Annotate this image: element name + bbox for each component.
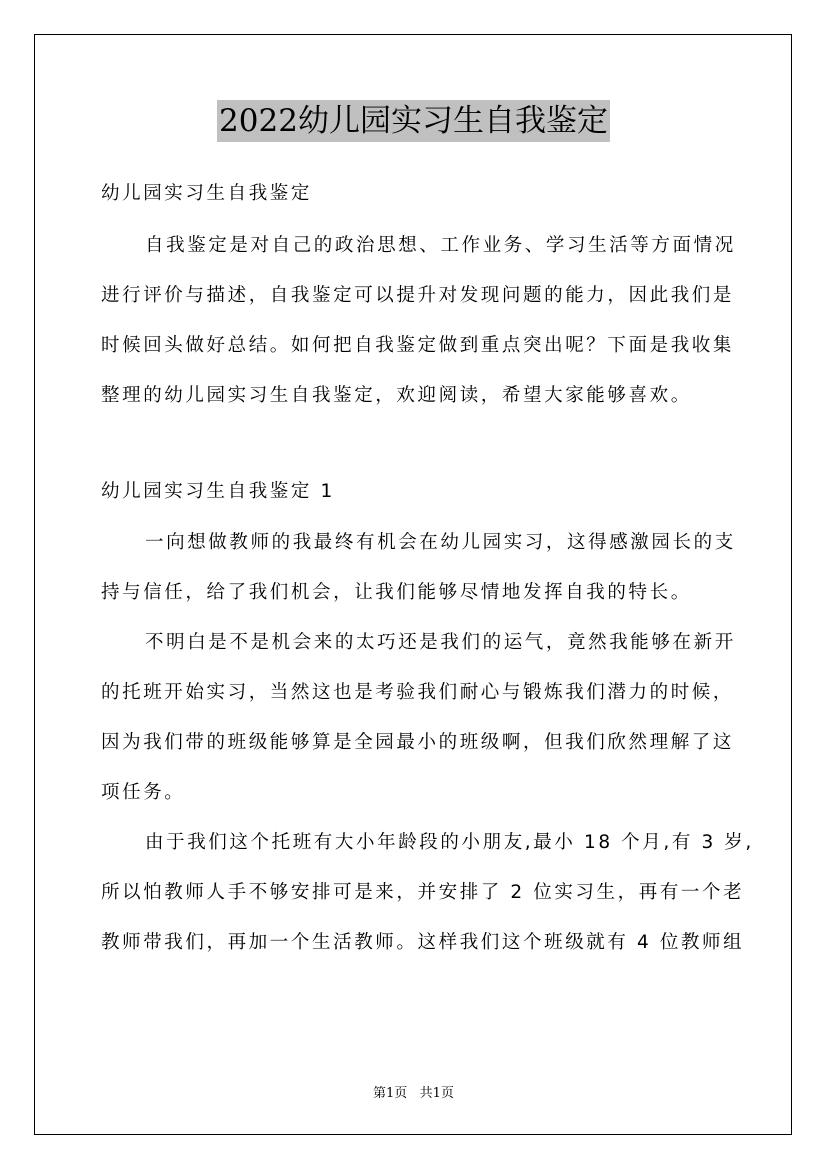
document-title: 2022幼儿园实习生自我鉴定: [217, 100, 610, 142]
intro-paragraph: 自我鉴定是对自己的政治思想、工作业务、学习生活等方面情况 进行评价与描述，自我鉴…: [101, 229, 729, 413]
page-footer: 第1页 共1页: [0, 1082, 827, 1101]
text-line: 因为我们带的班级能够算是全园最小的班级啊，但我们欣然理解了这: [101, 726, 729, 760]
paragraph-1: 一向想做教师的我最终有机会在幼儿园实习，这得感激园长的支 持与信任，给了我们机会…: [101, 526, 729, 610]
text-line: 教师带我们，再加一个生活教师。这样我们这个班级就有 4 位教师组: [101, 926, 729, 960]
section-heading: 幼儿园实习生自我鉴定 1: [101, 475, 729, 509]
text-line: 时候回头做好总结。如何把自我鉴定做到重点突出呢？下面是我收集: [101, 329, 729, 363]
text-line: 由于我们这个托班有大小年龄段的小朋友,最小 18 个月,有 3 岁,: [101, 826, 729, 860]
paragraph-3: 由于我们这个托班有大小年龄段的小朋友,最小 18 个月,有 3 岁, 所以怕教师…: [101, 826, 729, 960]
text-line: 不明白是不是机会来的太巧还是我们的运气，竟然我能够在新开: [101, 626, 729, 660]
document-body: 幼儿园实习生自我鉴定 自我鉴定是对自己的政治思想、工作业务、学习生活等方面情况 …: [101, 177, 729, 960]
text-line: 所以怕教师人手不够安排可是来，并安排了 2 位实习生，再有一个老: [101, 876, 729, 910]
title-container: 2022幼儿园实习生自我鉴定: [0, 100, 827, 142]
paragraph-2: 不明白是不是机会来的太巧还是我们的运气，竟然我能够在新开 的托班开始实习，当然这…: [101, 626, 729, 810]
text-line: 持与信任，给了我们机会，让我们能够尽情地发挥自我的特长。: [101, 576, 729, 610]
text-line: 整理的幼儿园实习生自我鉴定，欢迎阅读，希望大家能够喜欢。: [101, 379, 729, 413]
subtitle: 幼儿园实习生自我鉴定: [101, 177, 729, 211]
text-line: 自我鉴定是对自己的政治思想、工作业务、学习生活等方面情况: [101, 229, 729, 263]
text-line: 一向想做教师的我最终有机会在幼儿园实习，这得感激园长的支: [101, 526, 729, 560]
text-line: 项任务。: [101, 776, 729, 810]
text-line: 的托班开始实习，当然这也是考验我们耐心与锻炼我们潜力的时候，: [101, 676, 729, 710]
page-number: 第1页 共1页: [373, 1086, 454, 1101]
text-line: 进行评价与描述，自我鉴定可以提升对发现问题的能力，因此我们是: [101, 279, 729, 313]
